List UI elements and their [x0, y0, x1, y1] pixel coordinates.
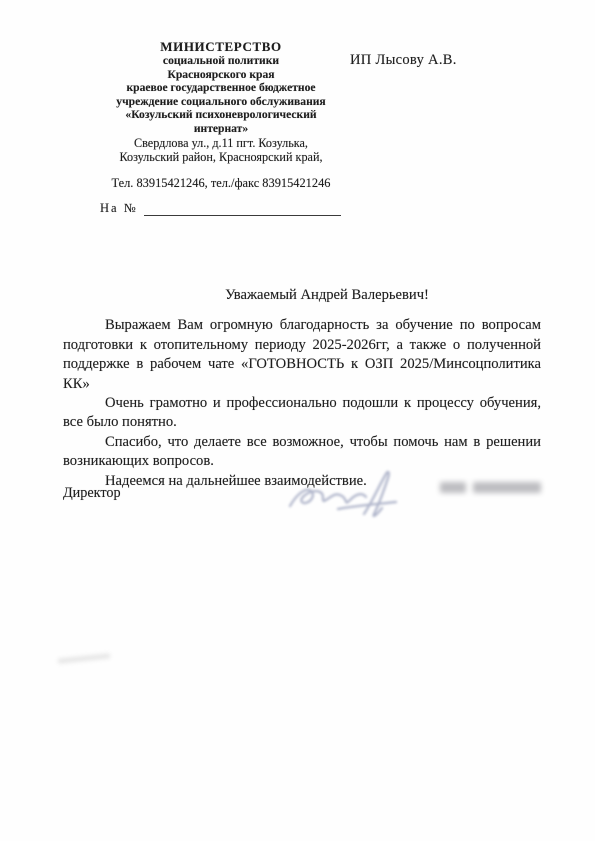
org-line: социальной политики — [70, 54, 372, 68]
ref-number-label: На № — [100, 201, 138, 216]
org-line: краевое государственное бюджетное — [70, 81, 372, 95]
sender-letterhead: МИНИСТЕРСТВО социальной политики Красноя… — [70, 40, 372, 191]
letter-body: Уважаемый Андрей Валерьевич! Выражаем Ва… — [63, 286, 541, 491]
signature-row: Директор — [63, 480, 541, 540]
org-line: Красноярского края — [70, 68, 372, 82]
org-line: «Козульский психоневрологический — [70, 108, 372, 122]
org-address-line: Свердлова ул., д.11 пгт. Козулька, — [70, 136, 372, 150]
ministry-title: МИНИСТЕРСТВО — [70, 40, 372, 54]
redacted-initials — [440, 482, 466, 493]
org-phone-line: Тел. 83915421246, тел./факс 83915421246 — [70, 176, 372, 191]
salutation: Уважаемый Андрей Валерьевич! — [63, 286, 541, 305]
ref-number-blank-line — [144, 202, 341, 216]
director-title: Директор — [63, 485, 121, 502]
letter-page: МИНИСТЕРСТВО социальной политики Красноя… — [0, 0, 595, 841]
paragraph: Выражаем Вам огромную благодарность за о… — [63, 316, 541, 394]
org-line: учреждение социального обслуживания — [70, 95, 372, 109]
scan-artifact — [58, 653, 110, 663]
redacted-surname — [473, 482, 541, 493]
org-address-line: Козульский район, Красноярский край, — [70, 150, 372, 164]
ref-number-line: На № — [100, 201, 341, 216]
addressee: ИП Лысову А.В. — [350, 52, 457, 69]
paragraph: Очень грамотно и профессионально подошли… — [63, 394, 541, 433]
redacted-signer-name — [440, 482, 541, 493]
org-line: интернат» — [70, 122, 372, 136]
handwritten-signature-icon — [278, 462, 418, 524]
